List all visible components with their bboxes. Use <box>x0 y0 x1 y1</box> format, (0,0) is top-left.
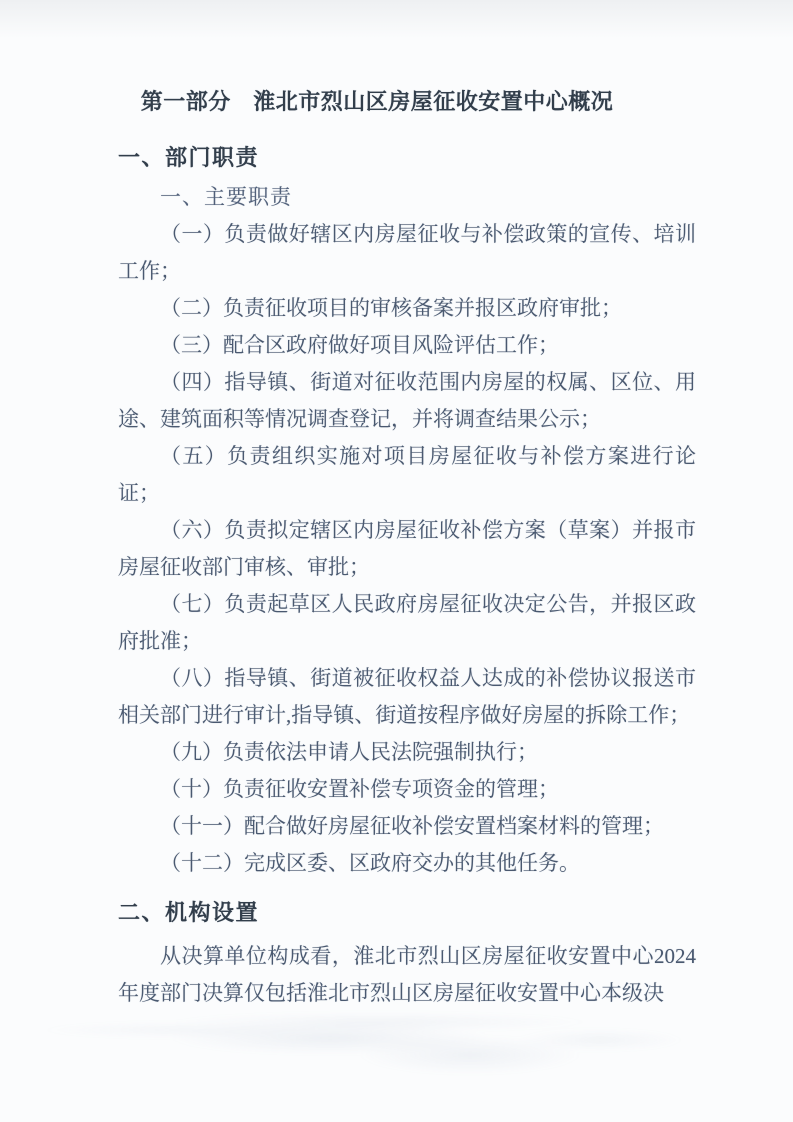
section-heading-duties: 一、部门职责 <box>118 145 696 171</box>
page-title: 第一部分 淮北市烈山区房屋征收安置中心概况 <box>88 88 666 116</box>
duty-item-8: （八）指导镇、街道被征收权益人达成的补偿协议报送市相关部门进行审计,指导镇、街道… <box>118 660 696 734</box>
scan-top-shade <box>0 0 793 48</box>
sub-heading-main-duties: 一、主要职责 <box>118 179 696 216</box>
duty-item-9: （九）负责依法申请人民法院强制执行； <box>118 734 696 771</box>
duty-item-6: （六）负责拟定辖区内房屋征收补偿方案（草案）并报市房屋征收部门审核、审批； <box>118 512 696 586</box>
duty-item-12: （十二）完成区委、区政府交办的其他任务。 <box>118 845 696 882</box>
duty-item-11: （十一）配合做好房屋征收补偿安置档案材料的管理； <box>118 808 696 845</box>
duty-item-2: （二）负责征收项目的审核备案并报区政府审批； <box>118 290 696 327</box>
duty-item-10: （十）负责征收安置补偿专项资金的管理； <box>118 771 696 808</box>
duty-item-7: （七）负责起草区人民政府房屋征收决定公告，并报区政府批准； <box>118 586 696 660</box>
section-heading-organization: 二、机构设置 <box>118 900 696 926</box>
scan-bleed-through-noise <box>0 1000 793 1122</box>
duty-item-4: （四）指导镇、街道对征收范围内房屋的权属、区位、用途、建筑面积等情况调查登记，并… <box>118 364 696 438</box>
duty-item-3: （三）配合区政府做好项目风险评估工作； <box>118 327 696 364</box>
organization-paragraph: 从决算单位构成看，淮北市烈山区房屋征收安置中心2024年度部门决算仅包括淮北市烈… <box>118 938 696 1012</box>
scanned-document-page: 第一部分 淮北市烈山区房屋征收安置中心概况 一、部门职责 一、主要职责 （一）负… <box>0 0 793 1122</box>
document-content: 第一部分 淮北市烈山区房屋征收安置中心概况 一、部门职责 一、主要职责 （一）负… <box>118 88 696 1012</box>
duty-item-1: （一）负责做好辖区内房屋征收与补偿政策的宣传、培训工作； <box>118 216 696 290</box>
duty-item-5: （五）负责组织实施对项目房屋征收与补偿方案进行论证； <box>118 438 696 512</box>
